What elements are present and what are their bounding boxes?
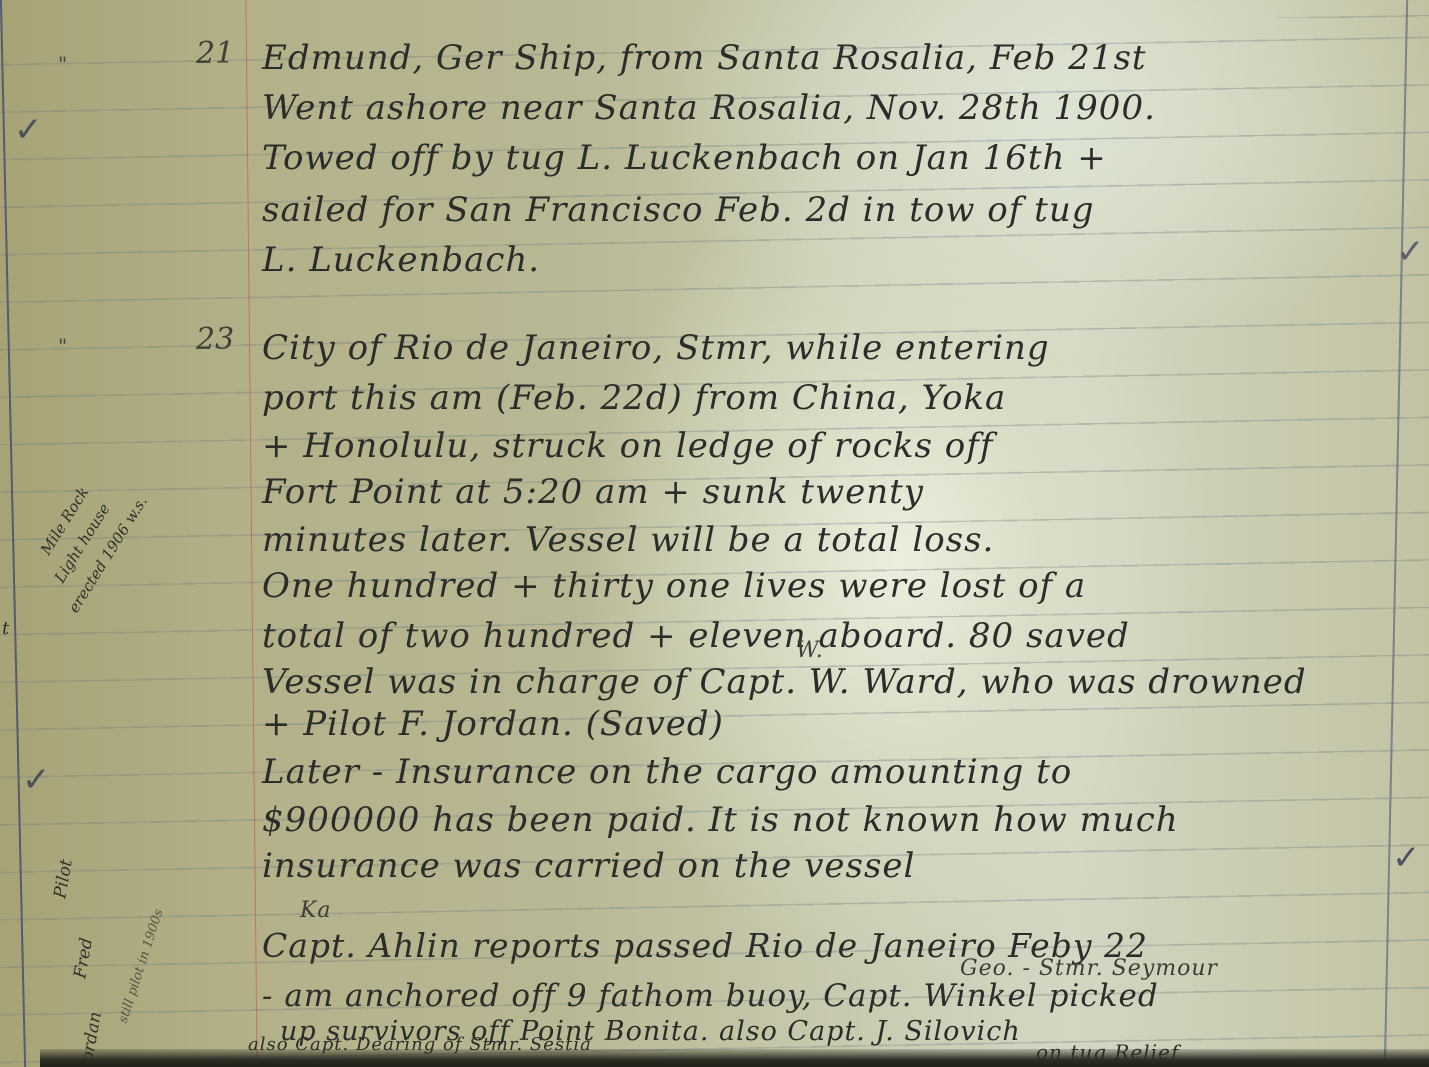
entry-23-line-9: + Pilot F. Jordan. (Saved): [262, 704, 724, 744]
ahlin-insertion: Ka: [300, 898, 332, 923]
left-edge-fragment: t: [2, 618, 9, 639]
entry-21-line-5: L. Luckenbach.: [262, 240, 540, 280]
entry-23-line-5: minutes later. Vessel will be a total lo…: [262, 520, 994, 560]
entry-21-line-1: Edmund, Ger Ship, from Santa Rosalia, Fe…: [262, 38, 1147, 78]
entry-23-line-11: $900000 has been paid. It is not known h…: [262, 800, 1179, 840]
entry-21-line-4: sailed for San Francisco Feb. 2d in tow …: [262, 190, 1094, 230]
ditto-mark: ": [58, 334, 67, 358]
entry-day-number: 21: [196, 36, 234, 71]
entry-23-line-7: total of two hundred + eleven aboard. 80…: [262, 616, 1130, 656]
entry-23-line-2: port this am (Feb. 22d) from China, Yoka: [262, 378, 1006, 418]
entry-23-line-1: City of Rio de Janeiro, Stmr, while ente…: [262, 328, 1050, 368]
entry-21-line-2: Went ashore near Santa Rosalia, Nov. 28t…: [262, 88, 1156, 128]
entry-23-line-12: insurance was carried on the vessel: [262, 846, 915, 886]
page-bottom-edge-shadow: [40, 1049, 1429, 1067]
entry-23-line-4: Fort Point at 5:20 am + sunk twenty: [262, 472, 924, 512]
check-mark-icon: ✓: [14, 110, 43, 150]
entry-23-line-8: Vessel was in charge of Capt. W. Ward, w…: [262, 662, 1307, 702]
entry-day-number: 23: [196, 322, 234, 357]
capt-initial-insertion: W.: [796, 638, 824, 663]
check-mark-icon: ✓: [1396, 232, 1425, 272]
entry-21-line-3: Towed off by tug L. Luckenbach on Jan 16…: [262, 138, 1107, 178]
entry-23-line-6: One hundred + thirty one lives were lost…: [262, 566, 1086, 606]
ditto-mark: ": [58, 52, 67, 76]
check-mark-icon: ✓: [1392, 838, 1421, 878]
check-mark-icon: ✓: [22, 760, 51, 800]
entry-23-line-10: Later - Insurance on the cargo amounting…: [262, 752, 1072, 792]
entry-23-line-3: + Honolulu, struck on ledge of rocks off: [262, 426, 993, 466]
ahlin-line-2: - am anchored off 9 fathom buoy, Capt. W…: [262, 978, 1159, 1014]
